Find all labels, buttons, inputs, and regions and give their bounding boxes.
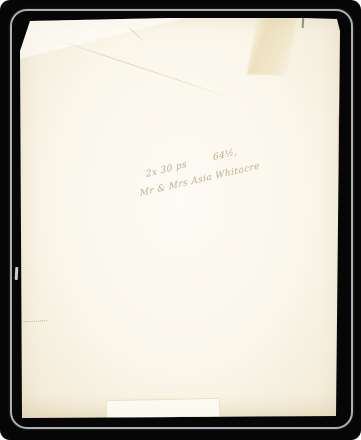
corner-fold-highlight [19,17,189,59]
bottom-tape-piece [106,398,220,419]
scanned-photo-back: 2x 30 ps 64½, Mr & Mrs Asia Whitacre [0,0,361,440]
scanner-background: 2x 30 ps 64½, Mr & Mrs Asia Whitacre [0,0,361,440]
photo-paper-back: 2x 30 ps 64½, Mr & Mrs Asia Whitacre [19,17,342,419]
tape-residue-stain [247,14,297,75]
diagonal-crease [53,38,231,98]
top-edge-pencil-tick [302,17,305,28]
